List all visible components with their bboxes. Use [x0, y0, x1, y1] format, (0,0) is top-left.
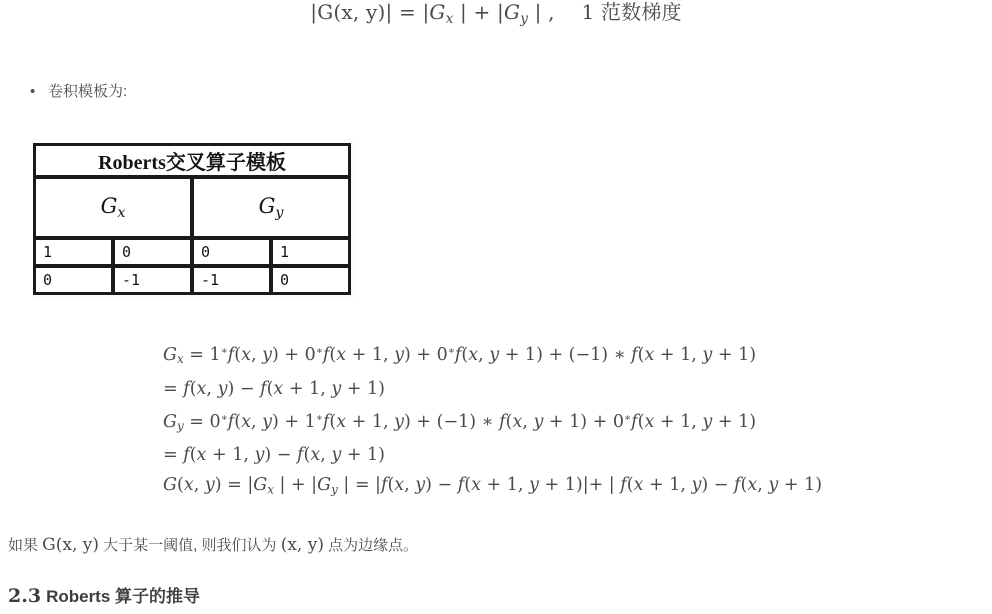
threshold-conclusion-text: 如果 G(x, y) 大于某一阈值, 则我们认为 (x, y) 点为边缘点。 — [8, 533, 418, 558]
table-col-label: Gx — [34, 177, 192, 238]
table-value-cell: 0 — [113, 238, 192, 266]
formula-line: = f(x + 1, y) − f(x, y + 1) — [163, 441, 822, 470]
roberts-template-table-body: Roberts交叉算子模板GxGy10010-1-10 — [34, 144, 350, 294]
formula-line: Gx = 1∗f(x, y) + 0∗f(x + 1, y) + 0∗f(x, … — [163, 337, 822, 375]
derivation-formulas: Gx = 1∗f(x, y) + 0∗f(x + 1, y) + 0∗f(x, … — [163, 337, 822, 505]
table-value-cell: -1 — [113, 266, 192, 294]
table-value-cell: -1 — [192, 266, 271, 294]
bullet-item-label: 卷积模板为: — [48, 83, 127, 100]
table-row: 1001 — [34, 238, 350, 266]
table-value-cell: 0 — [271, 266, 350, 294]
table-value-cell: 0 — [34, 266, 113, 294]
table-value-cell: 1 — [34, 238, 113, 266]
formula-line: Gy = 0∗f(x, y) + 1∗f(x + 1, y) + (−1) ∗ … — [163, 404, 822, 442]
section-heading-number: 2.3 — [8, 585, 41, 607]
table-value-cell: 1 — [271, 238, 350, 266]
roberts-template-table: Roberts交叉算子模板GxGy10010-1-10 — [33, 143, 351, 295]
formula-line: = f(x, y) − f(x + 1, y + 1) — [163, 375, 822, 404]
section-heading: 2.3Roberts 算子的推导 — [8, 582, 200, 607]
table-col-label: Gy — [192, 177, 350, 238]
section-heading-title: Roberts 算子的推导 — [46, 587, 200, 606]
roberts-template-image: Roberts交叉算子模板GxGy10010-1-10 — [33, 143, 357, 300]
bullet-item-convolution-template: 卷积模板为: — [30, 82, 127, 102]
table-row: 0-1-10 — [34, 266, 350, 294]
table-title-cell: Roberts交叉算子模板 — [34, 144, 350, 177]
formula-line: G(x, y) = |Gx | + |Gy | = |f(x, y) − f(x… — [163, 471, 822, 505]
gradient-norm-formula: |G(x, y)| = |Gx | + |Gy | , 1 范数梯度 — [0, 0, 992, 27]
bullet-list: 卷积模板为: — [30, 82, 127, 102]
table-value-cell: 0 — [192, 238, 271, 266]
